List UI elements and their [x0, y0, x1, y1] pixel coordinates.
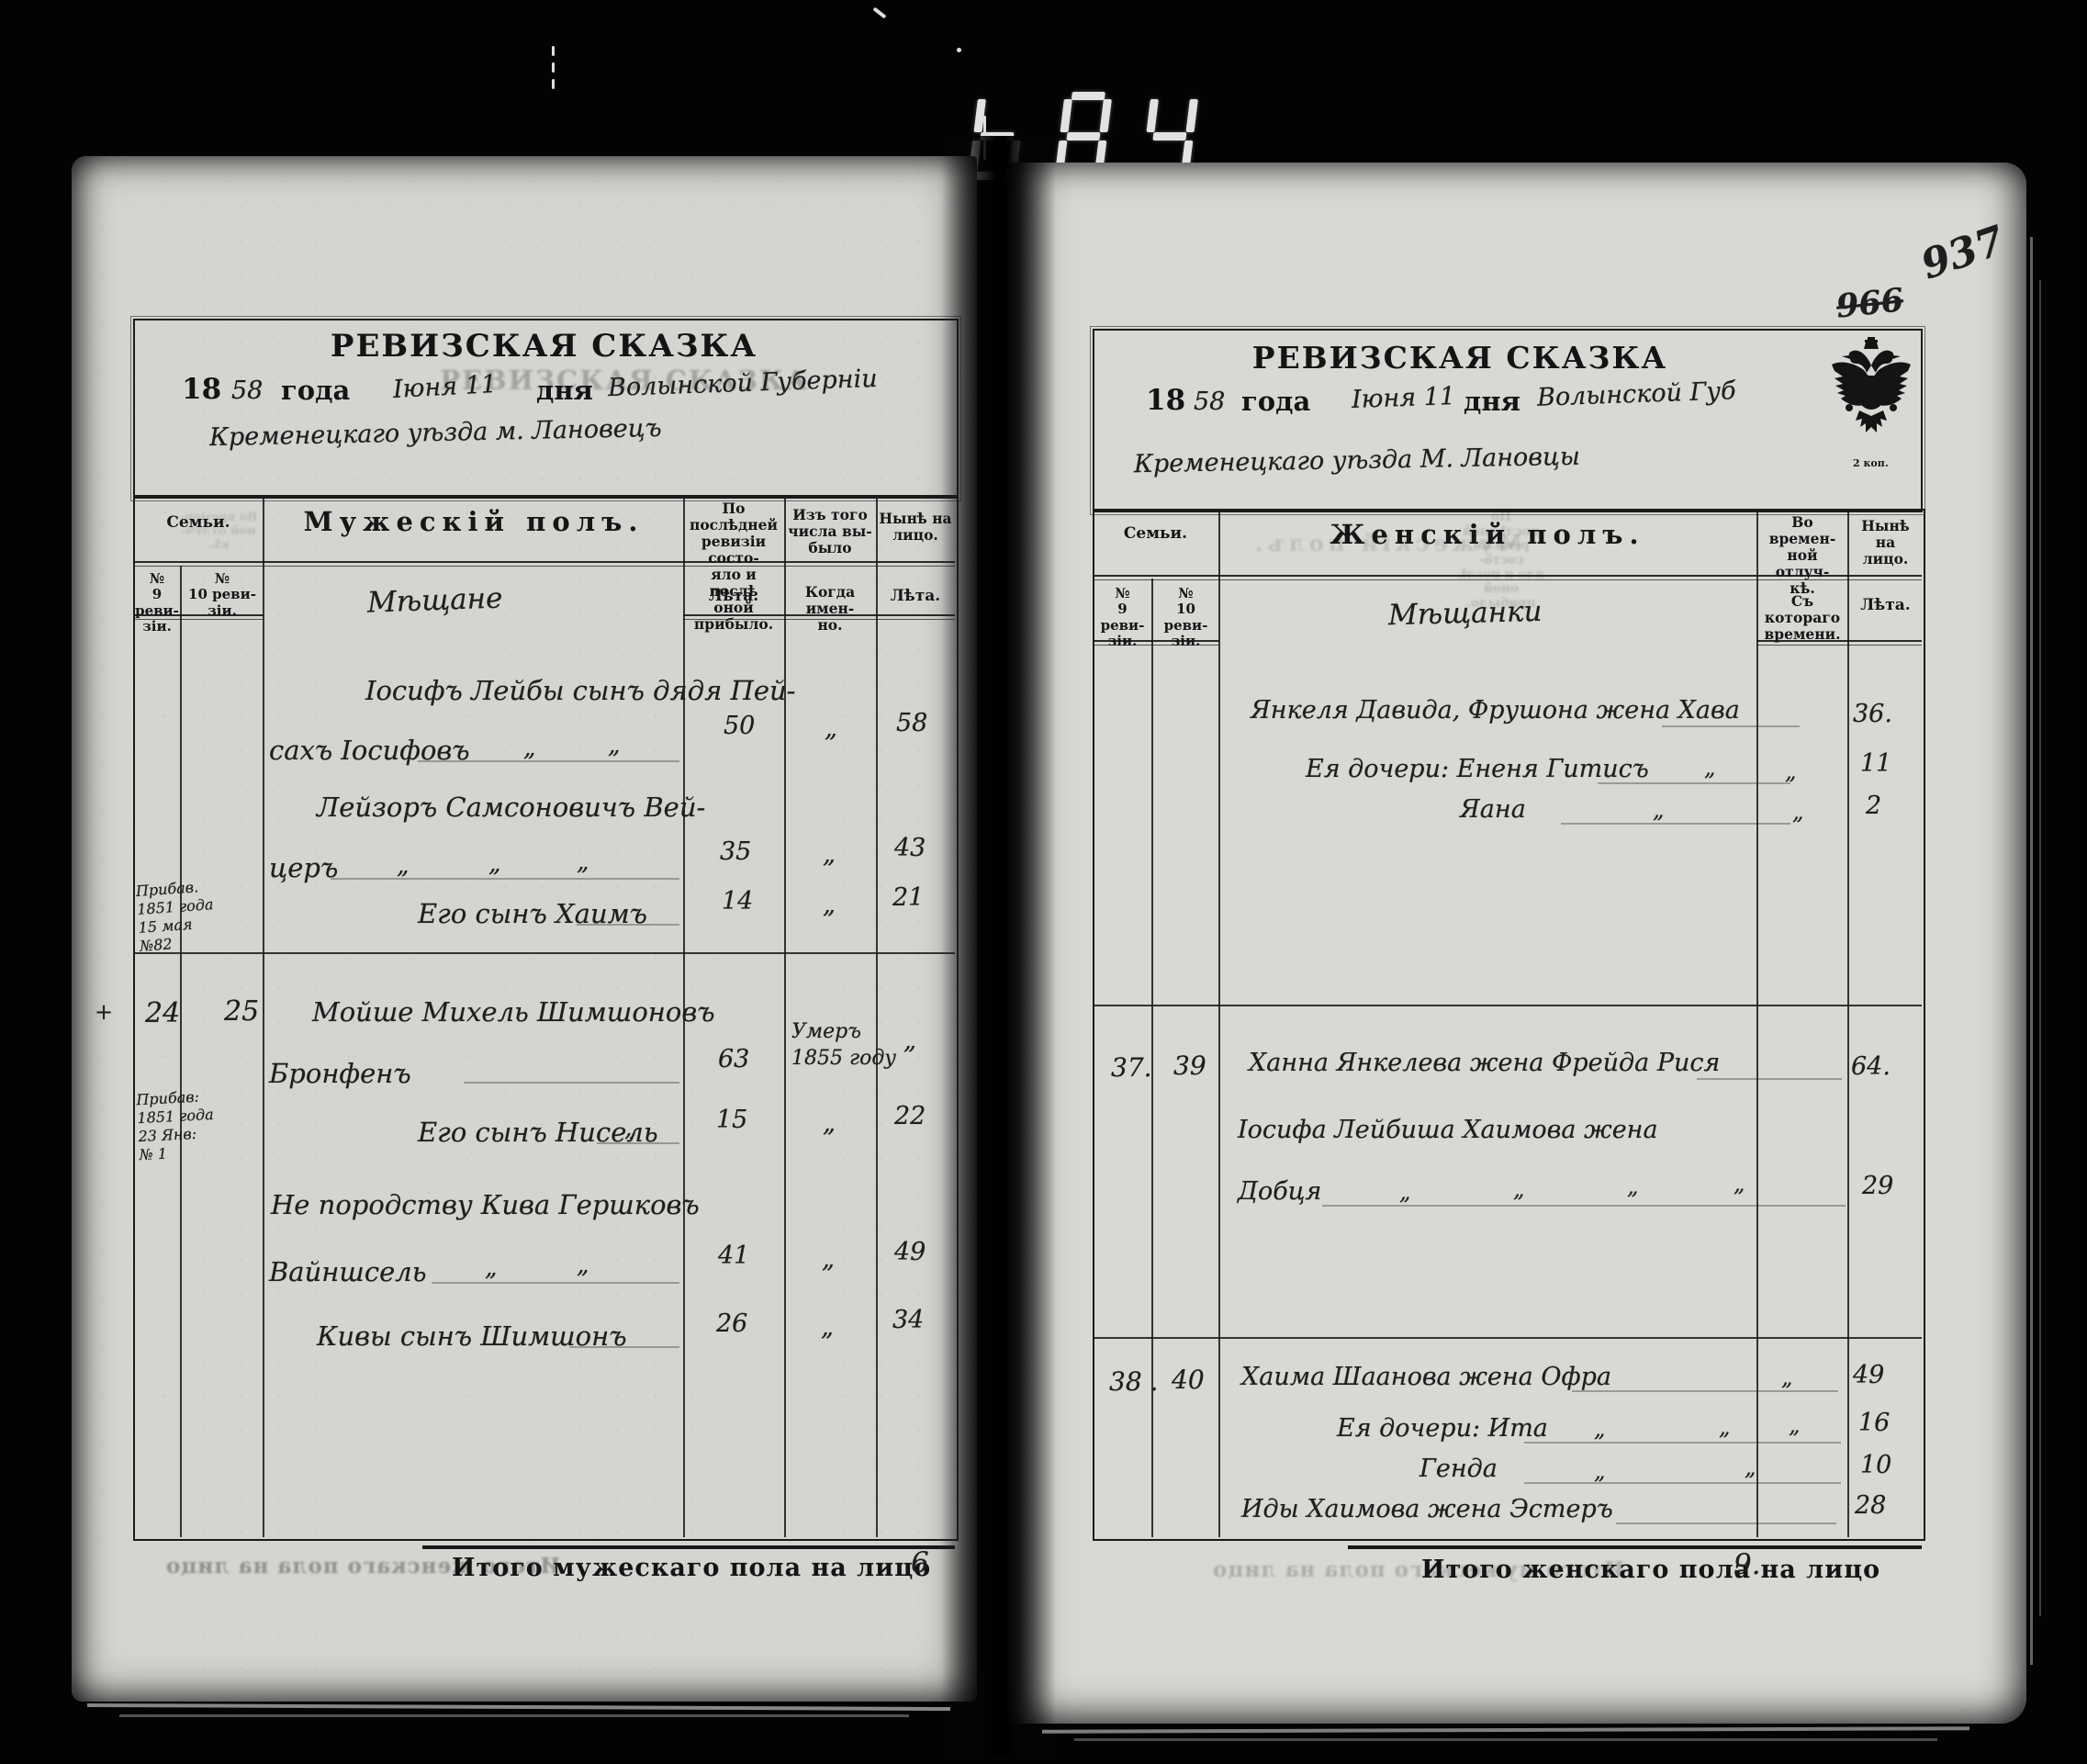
- family-number-rev9: 38 .: [1109, 1366, 1158, 1397]
- plus-mark: +: [95, 999, 113, 1025]
- member-name: Лейзоръ Самсоновичъ Вей-: [317, 792, 705, 823]
- member-name: Мойше Михель Шимшоновъ: [312, 996, 715, 1028]
- page-edge: [2039, 280, 2041, 1616]
- page-title: РЕВИЗСКАЯ СКАЗКА: [1093, 340, 1827, 376]
- member-age-now: 49: [894, 1238, 926, 1266]
- ditto-mark: „: [488, 850, 500, 878]
- column-header-departed-sub: Когда имен- но.: [786, 584, 874, 634]
- census-date: Іюня 11: [1351, 382, 1455, 414]
- rule-dash: [418, 760, 679, 762]
- departed-when: „: [823, 891, 836, 919]
- member-age: 11: [1860, 749, 1891, 778]
- ditto-mark: „: [1785, 758, 1796, 784]
- day-word: дня: [1464, 386, 1520, 417]
- margin-note: Прибав. 1851 года 15 мая №82: [135, 877, 217, 956]
- column-divider: [263, 495, 264, 1537]
- film-artifact: [552, 79, 555, 89]
- member-name: Добця: [1238, 1177, 1321, 1206]
- member-age: 36.: [1853, 700, 1892, 728]
- member-age: 29: [1862, 1172, 1893, 1200]
- rule-dash: [1697, 1078, 1842, 1080]
- column-divider: [180, 566, 182, 1537]
- ditto-mark: „: [1781, 1365, 1792, 1390]
- ditto-mark: „: [397, 852, 409, 880]
- rule-dash: [1598, 782, 1790, 784]
- day-word: дня: [536, 375, 593, 406]
- table-rule: [133, 561, 955, 567]
- member-age-now: 34: [892, 1306, 924, 1334]
- column-header-present: Нынѣ на лицо.: [878, 511, 953, 544]
- member-age-now: 22: [894, 1102, 926, 1130]
- column-header-absence-sub: Съ котораго времени.: [1758, 593, 1846, 643]
- family-number-rev10: 39: [1173, 1051, 1206, 1081]
- year-word: года: [1241, 386, 1310, 417]
- footer-total-value: 6: [911, 1546, 929, 1579]
- film-artifact: [552, 46, 555, 56]
- rule-dash: [597, 1142, 679, 1144]
- estate-handwritten: Мѣщанки: [1388, 595, 1543, 632]
- ditto-mark: „: [624, 1115, 636, 1142]
- member-name: Генда: [1419, 1455, 1498, 1483]
- year-printed: 18: [1146, 384, 1185, 417]
- member-age: 10: [1860, 1451, 1891, 1479]
- member-age: 49: [1853, 1361, 1884, 1389]
- ditto-mark: „: [577, 1252, 589, 1279]
- rule-dash: [1561, 823, 1790, 825]
- member-name: Не породству Кива Гершковъ: [271, 1189, 700, 1220]
- year-handwritten: 58: [231, 376, 263, 405]
- ditto-mark: „: [1789, 1412, 1800, 1438]
- crossed-number: 966: [1835, 281, 1905, 325]
- ghost-bleedthrough: Во времен- ной отлуч- кѣ.: [174, 511, 263, 552]
- member-age-now: „: [903, 1027, 916, 1055]
- page-edge: [87, 1703, 950, 1711]
- ditto-mark: „: [485, 1254, 497, 1282]
- column-divider: [1847, 509, 1849, 1537]
- column-header-rev10: № 10 реви- зіи.: [182, 571, 263, 619]
- family-number-rev9: 24: [145, 997, 180, 1029]
- rule-dash: [569, 1346, 679, 1348]
- table-rule: [422, 1545, 955, 1549]
- film-artifact: [957, 48, 961, 52]
- page-title: РЕВИЗСКАЯ СКАЗКА: [133, 328, 955, 365]
- member-age: 16: [1858, 1409, 1890, 1437]
- ditto-mark: „: [1594, 1416, 1605, 1442]
- ditto-mark: „: [1745, 1455, 1756, 1480]
- ditto-mark: „: [1792, 799, 1803, 825]
- departed-when: „: [822, 1245, 835, 1274]
- stamp-denomination: 2 коп.: [1853, 457, 1889, 469]
- column-divider: [1756, 509, 1758, 1537]
- film-artifact: [872, 6, 886, 18]
- member-age-now: 58: [896, 709, 927, 737]
- ditto-mark: „: [523, 735, 535, 762]
- member-age-prev: 15: [716, 1106, 747, 1134]
- rule-dash: [1524, 1482, 1841, 1484]
- family-number-rev9: 37.: [1111, 1052, 1152, 1083]
- member-age-now: 43: [894, 834, 926, 862]
- rule-dash: [1524, 1442, 1841, 1444]
- rule-dash: [1616, 1522, 1836, 1524]
- film-artifact: [552, 62, 555, 73]
- column-header-prev-revision: По послѣдней ревизіи состо- яло и послѣ …: [685, 500, 782, 633]
- departed-when: Умеръ 1855 году: [791, 1019, 896, 1072]
- member-name: Иды Хаимова жена Эстеръ: [1241, 1495, 1613, 1523]
- departed-when: „: [821, 1313, 834, 1342]
- year-handwritten: 58: [1194, 388, 1225, 416]
- column-header-sex: Мужескій полъ.: [264, 507, 684, 538]
- ditto-mark: „: [1594, 1458, 1605, 1484]
- member-age: 2: [1866, 792, 1881, 820]
- footer-total-label: Итого женскаго пола на лицо: [1421, 1556, 1880, 1584]
- ditto-mark: „: [1627, 1174, 1638, 1199]
- year-printed: 18: [182, 373, 221, 406]
- column-header-departed: Изъ того числа вы- было: [786, 507, 874, 556]
- member-age-now: 21: [892, 883, 924, 912]
- block-divider: [1093, 1005, 1922, 1006]
- member-name: Іосифъ Лейбы сынъ дядя Пей-: [365, 675, 795, 706]
- ditto-mark: „: [1653, 797, 1664, 823]
- imperial-eagle-stamp-icon: [1825, 334, 1917, 437]
- rule-dash: [464, 1082, 679, 1084]
- page-edge: [1042, 1726, 1969, 1734]
- ditto-mark: „: [608, 732, 620, 759]
- ditto-mark: „: [1399, 1179, 1410, 1205]
- member-age-prev: 14: [722, 887, 753, 916]
- ditto-mark: „: [1513, 1176, 1524, 1202]
- column-header-rev9: № 9 реви- зіи.: [134, 571, 180, 635]
- departed-when: „: [823, 1109, 836, 1138]
- column-header-absence: Во времен- ной отлуч- кѣ.: [1758, 514, 1846, 597]
- member-age-prev: 50: [724, 712, 755, 740]
- page-edge: [1074, 1738, 1937, 1741]
- estate-handwritten: Мѣщане: [366, 581, 503, 619]
- member-name: Іосифа Лейбиша Хаимова жена: [1238, 1116, 1658, 1144]
- margin-note: Прибав: 1851 года 23 Янв: № 1: [136, 1087, 216, 1164]
- member-name: Ея дочери: Ененя Гитисъ: [1306, 755, 1649, 783]
- member-name: Яана: [1460, 795, 1526, 824]
- column-header-family: Семьи.: [1093, 525, 1218, 544]
- ditto-mark: „: [1704, 755, 1715, 781]
- rule-dash: [1662, 725, 1800, 727]
- family-number-rev10: 40: [1172, 1365, 1205, 1395]
- column-header-rev9: № 9 реви- зіи.: [1094, 586, 1151, 650]
- member-name: Ханна Янкелева жена Фрейда Рися: [1249, 1049, 1720, 1077]
- rule-dash: [432, 1282, 679, 1284]
- member-name: церъ: [269, 852, 338, 883]
- column-divider: [876, 495, 878, 1537]
- member-name: Вайншсель: [269, 1256, 427, 1287]
- ditto-mark: „: [1734, 1171, 1745, 1197]
- member-age-prev: 35: [720, 837, 751, 866]
- rule-dash: [1322, 1205, 1846, 1207]
- rule-dash: [1572, 1390, 1838, 1392]
- departed-when: „: [823, 840, 836, 869]
- member-name: Бронфенъ: [269, 1058, 411, 1089]
- member-age: 28: [1855, 1491, 1886, 1520]
- member-name: Ея дочери: Ита: [1337, 1414, 1548, 1443]
- rule-dash: [331, 878, 679, 880]
- family-number-rev10: 25: [224, 995, 259, 1028]
- block-divider: [133, 952, 955, 954]
- column-header-sex: Женскій полъ.: [1218, 520, 1756, 551]
- block-divider: [1093, 1337, 1922, 1339]
- column-divider: [1218, 509, 1220, 1537]
- year-word: года: [281, 375, 350, 406]
- column-header-present: Нынѣ на лицо.: [1849, 518, 1922, 567]
- member-age-prev: 41: [718, 1242, 749, 1270]
- footer-total-label: Итого мужескаго пола на лицо: [452, 1554, 931, 1582]
- page-edge: [2030, 237, 2033, 1665]
- ditto-mark: „: [1719, 1414, 1730, 1440]
- member-age-prev: 26: [716, 1309, 747, 1338]
- member-name: Янкеля Давида, Фрушона жена Хава: [1251, 696, 1740, 725]
- footer-total-value: 9.: [1734, 1548, 1761, 1581]
- rule-dash: [577, 924, 679, 926]
- column-header-rev10: № 10 реви- зіи.: [1153, 586, 1218, 650]
- table-rule: [1348, 1545, 1922, 1549]
- ditto-mark: „: [577, 848, 589, 876]
- departed-when: „: [825, 714, 837, 743]
- member-age: 64.: [1851, 1052, 1891, 1081]
- column-header-present-sub: Лѣта.: [878, 588, 953, 606]
- member-age-prev: 63: [718, 1045, 749, 1073]
- column-header-prev-sub: Лѣта.: [685, 588, 782, 606]
- census-date: Іюня 11: [392, 370, 498, 404]
- column-divider: [784, 495, 786, 1537]
- column-header-present-sub: Лѣта.: [1849, 597, 1922, 615]
- member-name: Хаима Шаанова жена Офра: [1241, 1363, 1611, 1391]
- page-edge: [119, 1714, 909, 1717]
